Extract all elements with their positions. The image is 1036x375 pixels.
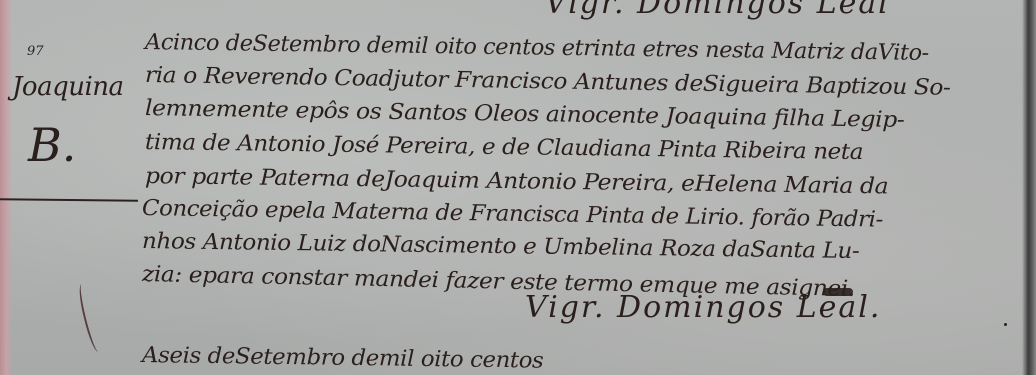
next-entry-line-1: Aseis deSetembro demil oito centos bbox=[142, 343, 544, 374]
ink-dot bbox=[1004, 323, 1007, 326]
entry-divider-line bbox=[0, 198, 138, 201]
entry-line-2: ria o Reverendo Coadjutor Francisco Antu… bbox=[145, 63, 951, 101]
entry-line-6: Conceição epela Materna de Francisca Pin… bbox=[142, 196, 883, 233]
entry-signature: Vigr. Domingos Leal. bbox=[525, 290, 881, 325]
binding-margin bbox=[0, 0, 12, 375]
entry-line-5: por parte Paterna deJoaquim Antonio Pere… bbox=[145, 164, 889, 199]
entry-number: 97 bbox=[27, 44, 44, 59]
margin-baptized-name: Joaquina bbox=[12, 72, 124, 102]
entry-line-1: Acinco deSetembro demil oito centos etri… bbox=[145, 30, 929, 66]
margin-baptism-initial: B. bbox=[28, 118, 76, 172]
bracket-mark bbox=[76, 283, 105, 354]
manuscript-page: Vigr. Domingos Leal 97 Joaquina B. Acinc… bbox=[0, 0, 1036, 375]
entry-line-7: nhos Antonio Luiz doNascimento e Umbelin… bbox=[142, 229, 860, 264]
previous-entry-signature: Vigr. Domingos Leal bbox=[545, 0, 890, 21]
page-gutter bbox=[1022, 0, 1036, 375]
entry-line-4: tima de Antonio José Pereira, e de Claud… bbox=[145, 130, 863, 165]
entry-line-3: lemnemente epôs os Santos Oleos ainocent… bbox=[145, 96, 905, 133]
